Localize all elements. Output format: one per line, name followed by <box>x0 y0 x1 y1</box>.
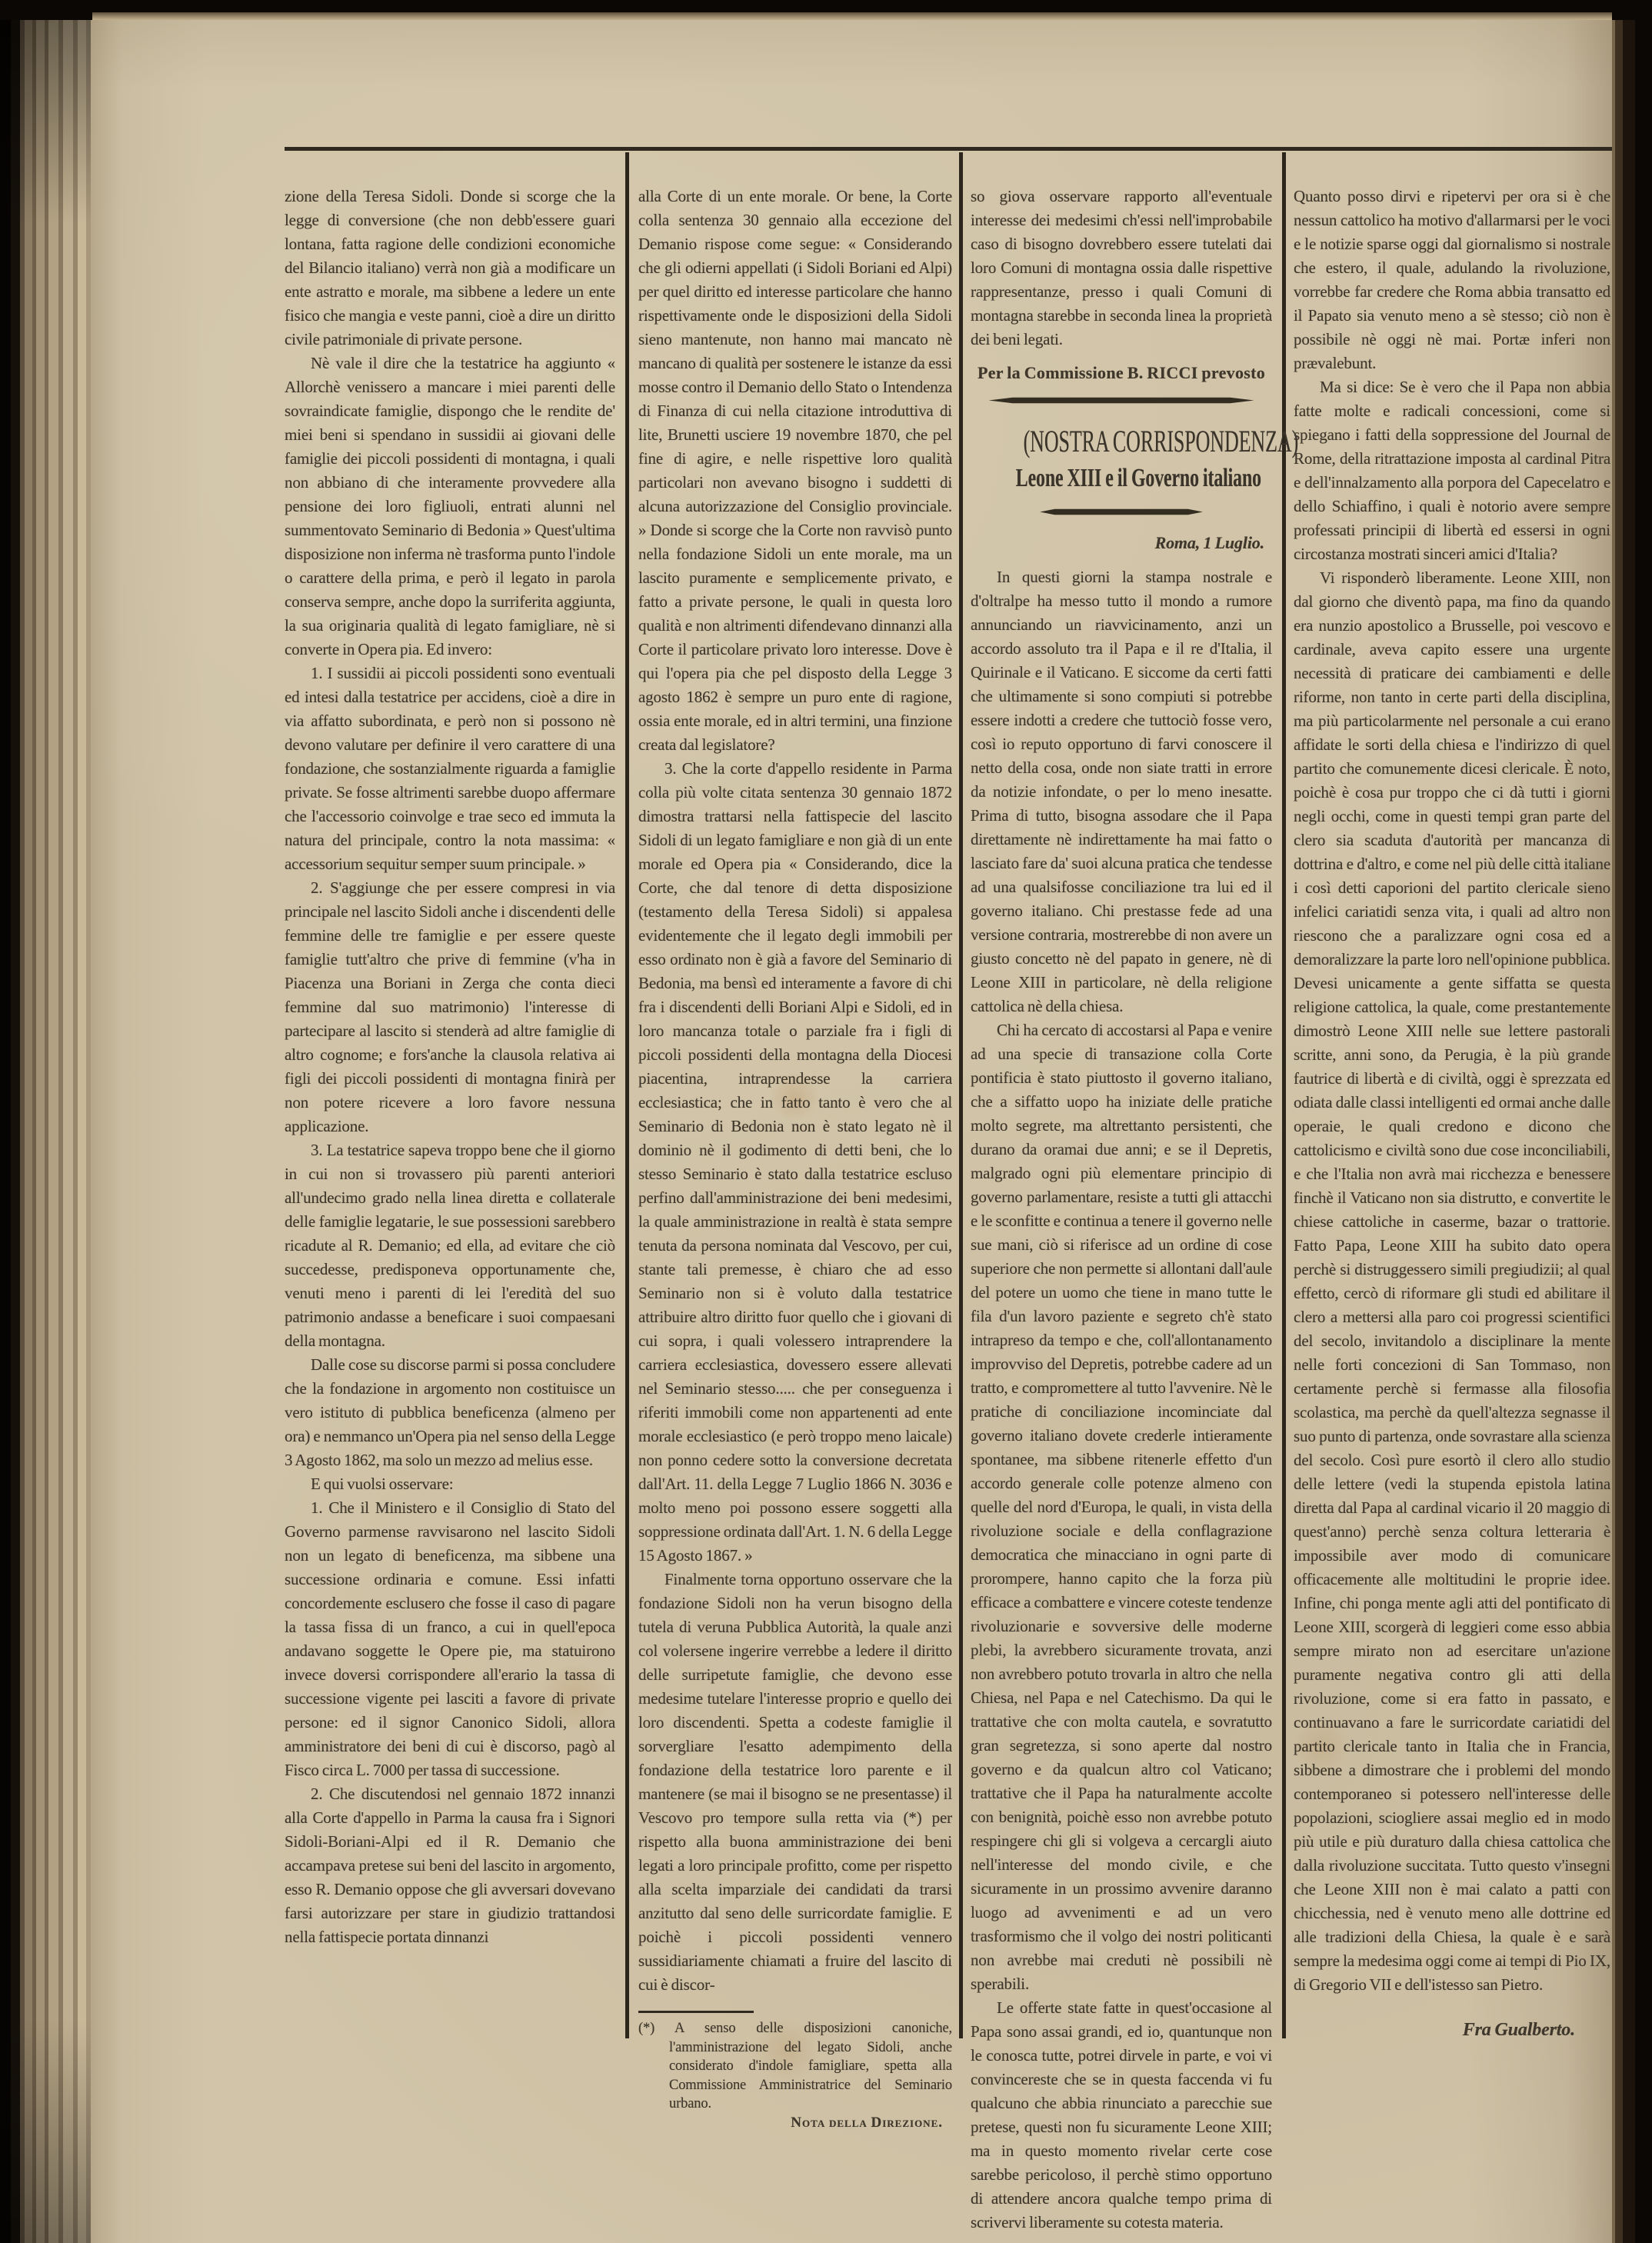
book-right-edge <box>1612 0 1652 2243</box>
paragraph: 2. Che discutendosi nel gennaio 1872 inn… <box>285 1782 615 1949</box>
paragraph: Dalle cose su discorse parmi si possa co… <box>285 1353 615 1472</box>
footnote-signature: Nota della Direzione. <box>638 2114 943 2133</box>
headline-divider <box>1040 508 1203 515</box>
article-title: Leone XIII e il Governo italiano <box>1016 462 1227 495</box>
book-left-page-edges <box>0 0 91 2243</box>
paragraph: Quanto posso dirvi e ripetervi per ora s… <box>1294 185 1610 375</box>
commission-signature: Per la Commissione B. RICCI prevosto <box>971 361 1272 385</box>
author-signature: Fra Gualberto. <box>1294 2018 1610 2042</box>
paragraph: 3. La testatrice sapeva troppo bene che … <box>285 1138 615 1353</box>
footnote-rule <box>638 2011 754 2013</box>
footnote: (*) A senso delle disposizioni canoniche… <box>638 2019 952 2114</box>
paragraph: Le offerte state fatte in quest'occasion… <box>971 1996 1272 2235</box>
column-divider-2 <box>959 152 963 2038</box>
column-1: zione della Teresa Sidoli. Donde si scor… <box>285 185 615 1949</box>
paragraph: 1. Che il Ministero e il Consiglio di St… <box>285 1496 615 1782</box>
article-dateline: Roma, 1 Luglio. <box>971 531 1264 555</box>
paragraph: 3. Che la corte d'appello residente in P… <box>638 757 952 1568</box>
column-3: so giova osservare rapporto all'eventual… <box>971 185 1272 2235</box>
page-paper: zione della Teresa Sidoli. Donde si scor… <box>91 20 1612 2243</box>
column-2: alla Corte di un ente morale. Or bene, l… <box>638 185 952 2132</box>
paragraph: alla Corte di un ente morale. Or bene, l… <box>638 185 952 757</box>
paragraph: 1. I sussidii ai piccoli possidenti sono… <box>285 662 615 876</box>
paragraph: Finalmente torna opportuno osservare che… <box>638 1568 952 1997</box>
top-rule <box>285 147 1612 151</box>
paragraph: zione della Teresa Sidoli. Donde si scor… <box>285 185 615 352</box>
book-scan: zione della Teresa Sidoli. Donde si scor… <box>0 0 1652 2243</box>
paragraph: so giova osservare rapporto all'eventual… <box>971 185 1272 352</box>
book-top-page-edges <box>92 12 1612 20</box>
paragraph: Nè vale il dire che la testatrice ha agg… <box>285 352 615 662</box>
paragraph: Ma si dice: Se è vero che il Papa non ab… <box>1294 375 1610 566</box>
column-divider-1 <box>625 152 629 2038</box>
paragraph: In questi giorni la stampa nostrale e d'… <box>971 565 1272 1018</box>
article-kicker: (NOSTRA CORRISPONDENZA) <box>1024 424 1220 459</box>
paragraph: 2. S'aggiunge che per essere compresi in… <box>285 876 615 1138</box>
paragraph: E qui vuolsi osservare: <box>285 1472 615 1496</box>
column-4: Quanto posso dirvi e ripetervi per ora s… <box>1294 185 1610 2042</box>
paragraph: Vi risponderò liberamente. Leone XIII, n… <box>1294 566 1610 1997</box>
paragraph: Chi ha cercato di accostarsi al Papa e v… <box>971 1018 1272 1996</box>
section-divider <box>989 397 1254 404</box>
